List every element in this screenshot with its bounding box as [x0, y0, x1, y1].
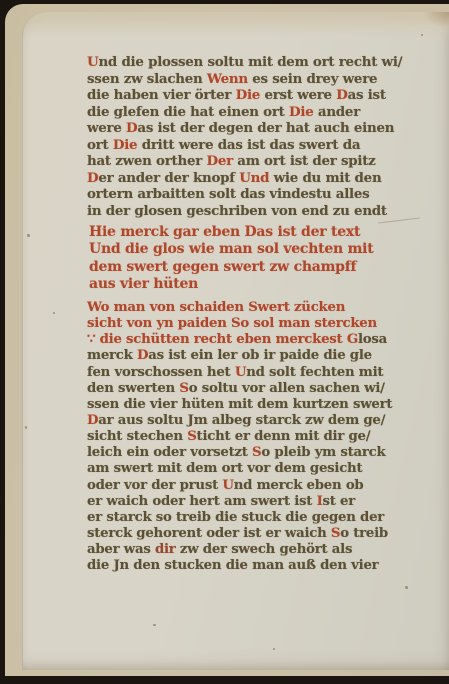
rubricated-text: die schütten recht eben merckest	[100, 332, 347, 347]
ink-text: wie du mit den	[269, 170, 381, 186]
ink-text: die Jn den stucken die man auß den vier	[87, 558, 378, 573]
ink-text: ar aus soltu Jm albeg starck zw dem ge/	[98, 413, 385, 428]
rubricated-text: Hie merck gar eben Das ist der text	[89, 224, 360, 240]
rubricated-text: D	[137, 348, 148, 363]
rubricated-text: D	[87, 413, 98, 428]
ink-text: am swert mit dem ort vor dem gesicht	[87, 461, 362, 476]
manuscript-text-line: sterck gehorent oder ist er waich So tre…	[87, 526, 392, 542]
manuscript-text-line: die glefen die hat einen ort Die ander	[87, 104, 402, 121]
ink-text: oder vor der prust	[87, 478, 222, 493]
ink-text: dritt were das ist das swert da	[137, 137, 360, 153]
ink-text: as ist der degen der hat auch einen	[137, 120, 394, 136]
ink-text: er waich oder hert am swert ist	[87, 494, 317, 509]
rubricated-text: U	[222, 478, 233, 493]
text-paragraph-1: Und die plossen soltu mit dem ort recht …	[87, 54, 402, 219]
manuscript-text-line: ortern arbaitten solt das vindestu alles	[87, 186, 402, 203]
ink-text: dir	[155, 542, 176, 557]
manuscript-text-line: ort Die dritt were das ist das swert da	[87, 137, 402, 154]
manuscript-text-line: leich ein oder vorsetzt So pleib ym star…	[87, 445, 392, 461]
ink-text: aber was	[87, 542, 155, 557]
manuscript-text-line: Und die glos wie man sol vechten mit	[89, 241, 373, 258]
ink-text: ort	[87, 137, 113, 153]
rubricated-text: Die	[236, 87, 260, 103]
manuscript-text-line: er starck so treib die stuck die gegen d…	[87, 510, 392, 526]
ink-text: merck	[87, 348, 137, 363]
ink-text: den swerten	[87, 381, 179, 396]
ink-text: erst were	[260, 87, 336, 103]
rubricated-text: aus vier hüten	[89, 276, 198, 292]
ink-text: as ist ein ler ob ir paide die gle	[148, 348, 372, 363]
manuscript-text-line: am swert mit dem ort vor dem gesicht	[87, 461, 392, 477]
ink-text: zw der swech gehört als	[176, 542, 353, 557]
manuscript-text-line: dem swert gegen swert zw champff	[89, 259, 373, 276]
ink-text: er starck so treib die stuck die gegen d…	[87, 510, 384, 525]
rubricated-text: D	[126, 120, 137, 136]
manuscript-text-line: aber was dir zw der swech gehört als	[87, 542, 392, 558]
rubricated-text: D	[87, 170, 98, 186]
rubricated-text: Der	[206, 153, 232, 169]
manuscript-text-line: er waich oder hert am swert ist Ist er	[87, 494, 392, 510]
ink-text: am ort ist der spitz	[233, 153, 376, 169]
manuscript-text-line: were Das ist der degen der hat auch eine…	[87, 120, 402, 137]
ink-text: o pleib ym starck	[261, 445, 385, 460]
manuscript-text-line: den swerten So soltu vor allen sachen wi…	[87, 381, 392, 397]
manuscript-text-line: fen vorschossen het Und solt fechten mit	[87, 365, 392, 381]
manuscript-text-line: hat zwen orther Der am ort ist der spitz	[87, 153, 402, 170]
rubricated-text: S	[331, 526, 340, 541]
ink-text: nd merck eben ob	[234, 478, 364, 493]
rubricated-text: dem swert gegen swert zw champff	[89, 259, 356, 275]
rubricated-text: Die	[289, 104, 313, 120]
rubricated-text: Die	[113, 137, 137, 153]
rubricated-text: Und die glos wie man sol vechten mit	[89, 241, 373, 257]
ink-text: o treib	[340, 526, 388, 541]
manuscript-text-line: Und die plossen soltu mit dem ort recht …	[87, 54, 402, 71]
ink-text: ssen zw slachen	[87, 71, 207, 87]
ink-text: st er	[323, 494, 355, 509]
text-block: Und die plossen soltu mit dem ort recht …	[23, 12, 449, 670]
manuscript-text-line: ssen zw slachen Wenn es sein drey were	[87, 71, 402, 88]
manuscript-text-line: ∵ die schütten recht eben merckest Glosa	[87, 332, 392, 348]
rubricated-text: Wo man von schaiden Swert zücken	[87, 300, 345, 315]
ink-text: sicht stechen	[87, 429, 187, 444]
manuscript-text-line: Hie merck gar eben Das ist der text	[89, 224, 373, 241]
ink-text: were	[87, 120, 126, 136]
ink-text: hat zwen orther	[87, 153, 206, 169]
ink-text: nd die plossen soltu mit dem ort recht w…	[98, 54, 402, 70]
ink-text: die haben vier örter	[87, 87, 236, 103]
text-paragraph-2-rubric: Hie merck gar eben Das ist der textUnd d…	[89, 224, 373, 293]
manuscript-text-line: ssen die vier hüten mit dem kurtzen swer…	[87, 397, 392, 413]
ink-text: sterck gehorent oder ist er waich	[87, 526, 331, 541]
manuscript-text-line: sicht von yn paiden So sol man stercken	[87, 316, 392, 332]
rubricated-text: S	[252, 445, 261, 460]
manuscript-photo: Und die plossen soltu mit dem ort recht …	[0, 0, 449, 684]
ink-text: ticht er denn mit dir ge/	[197, 429, 371, 444]
ink-text: in der glosen geschriben von end zu endt	[87, 203, 387, 219]
rubricated-text: U	[235, 365, 246, 380]
ink-text: er ander der knopf	[98, 170, 239, 186]
rubricated-text: D	[336, 87, 347, 103]
manuscript-text-line: Der ander der knopf Und wie du mit den	[87, 170, 402, 187]
rubricated-text: Und	[239, 170, 269, 186]
rubricated-text: Wenn	[207, 71, 248, 87]
manuscript-text-line: aus vier hüten	[89, 276, 373, 293]
manuscript-text-line: Wo man von schaiden Swert zücken	[87, 300, 392, 316]
rubricated-text: sicht von yn paiden So sol man stercken	[87, 316, 377, 331]
manuscript-text-line: oder vor der prust Und merck eben ob	[87, 478, 392, 494]
manuscript-text-line: Dar aus soltu Jm albeg starck zw dem ge/	[87, 413, 392, 429]
ink-text: as ist	[348, 87, 386, 103]
manuscript-page: Und die plossen soltu mit dem ort recht …	[22, 12, 449, 670]
ink-text: fen vorschossen het	[87, 365, 235, 380]
ink-text: nd solt fechten mit	[246, 365, 383, 380]
manuscript-text-line: sicht stechen Sticht er denn mit dir ge/	[87, 429, 392, 445]
manuscript-text-line: merck Das ist ein ler ob ir paide die gl…	[87, 348, 392, 364]
rubricated-text: U	[87, 54, 98, 70]
rubricated-text: S	[179, 381, 188, 396]
rubricated-text: G	[347, 332, 358, 347]
ink-text: losa	[358, 332, 387, 347]
manuscript-text-line: die haben vier örter Die erst were Das i…	[87, 87, 402, 104]
manuscript-text-line: die Jn den stucken die man auß den vier	[87, 558, 392, 574]
ink-text: ssen die vier hüten mit dem kurtzen swer…	[87, 397, 392, 412]
ink-text: ortern arbaitten solt das vindestu alles	[87, 186, 369, 202]
ink-text: o soltu vor allen sachen wi/	[189, 381, 385, 396]
ink-text: die glefen die hat einen ort	[87, 104, 289, 120]
ink-text: es sein drey were	[248, 71, 377, 87]
rubricated-text: S	[187, 429, 196, 444]
text-paragraph-3-verse-glosa: Wo man von schaiden Swert zückensicht vo…	[87, 300, 392, 574]
ink-text: leich ein oder vorsetzt	[87, 445, 252, 460]
manuscript-text-line: in der glosen geschriben von end zu endt	[87, 203, 402, 220]
ink-text: ander	[313, 104, 360, 120]
rubricated-text: ∵	[87, 332, 100, 347]
